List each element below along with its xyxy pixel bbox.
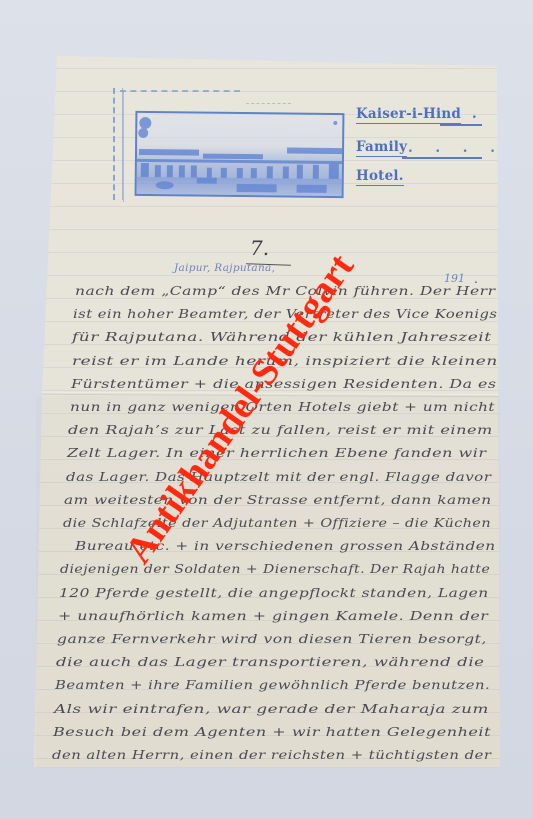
hotel-name-hotel: Hotel. bbox=[356, 168, 404, 186]
letterhead-vertical-rule bbox=[123, 92, 124, 202]
letterhead-rule bbox=[246, 103, 291, 105]
handwritten-line: + unaufhörlich kamen + gingen Kamele. De… bbox=[58, 608, 488, 623]
hotel-name-kaiser-i-hind: Kaiser-i-Hind bbox=[356, 106, 461, 124]
hotel-illustration bbox=[135, 111, 345, 198]
hotel-name-underline-2 bbox=[402, 157, 482, 159]
page-number: 7. bbox=[250, 236, 269, 260]
handwritten-line: den alten Herrn, einen der reichsten + t… bbox=[52, 747, 491, 762]
hotel-name-line3: Hotel. bbox=[356, 168, 404, 184]
handwritten-line: den Rajah’s zur Last zu fallen, reist er… bbox=[68, 422, 493, 437]
handwritten-line: am weitesten von der Strasse entfernt, d… bbox=[64, 492, 492, 507]
handwritten-line: diejenigen der Soldaten + Dienerschaft. … bbox=[60, 561, 490, 576]
handwritten-line: 120 Pferde gestellt, die angepflockt sta… bbox=[59, 585, 489, 600]
handwritten-line: nach dem „Camp“ des Mr Colvin führen. De… bbox=[75, 283, 496, 298]
hotel-building-icon bbox=[137, 113, 345, 198]
hotel-name-line2-dots: . . . . bbox=[408, 140, 504, 156]
handwritten-line: ganze Fernverkehr wird von diesen Tieren… bbox=[57, 631, 487, 646]
hotel-name-line2: Family bbox=[356, 139, 407, 155]
bamboo-border-horizontal bbox=[120, 90, 240, 95]
hotel-name-underline-1 bbox=[440, 124, 482, 126]
handwritten-line: die Schlafzelte der Adjutanten + Offizie… bbox=[63, 515, 491, 530]
handwritten-line: Beamten + ihre Familien gewöhnlich Pferd… bbox=[55, 677, 490, 692]
hotel-name-line1: Kaiser-i-Hind bbox=[356, 106, 461, 122]
hotel-name-family: Family bbox=[356, 139, 407, 157]
handwritten-line: das Lager. Das Hauptzelt mit der engl. F… bbox=[66, 469, 491, 484]
handwritten-line: nun in ganz wenigen Orten Hotels giebt +… bbox=[70, 399, 495, 414]
handwritten-line: Zelt Lager. In einer herrlichen Ebene fa… bbox=[67, 445, 487, 460]
handwritten-line: Besuch bei dem Agenten + wir hatten Gele… bbox=[53, 724, 491, 739]
place-line: Jaipur, Rajputana, bbox=[174, 262, 275, 274]
bamboo-border-vertical bbox=[113, 88, 123, 200]
handwritten-line: die auch das Lager transportieren, währe… bbox=[56, 654, 485, 669]
hotel-name-line1-dot: . bbox=[472, 106, 477, 122]
handwritten-line: Als wir eintrafen, war gerade der Mahara… bbox=[54, 701, 489, 716]
